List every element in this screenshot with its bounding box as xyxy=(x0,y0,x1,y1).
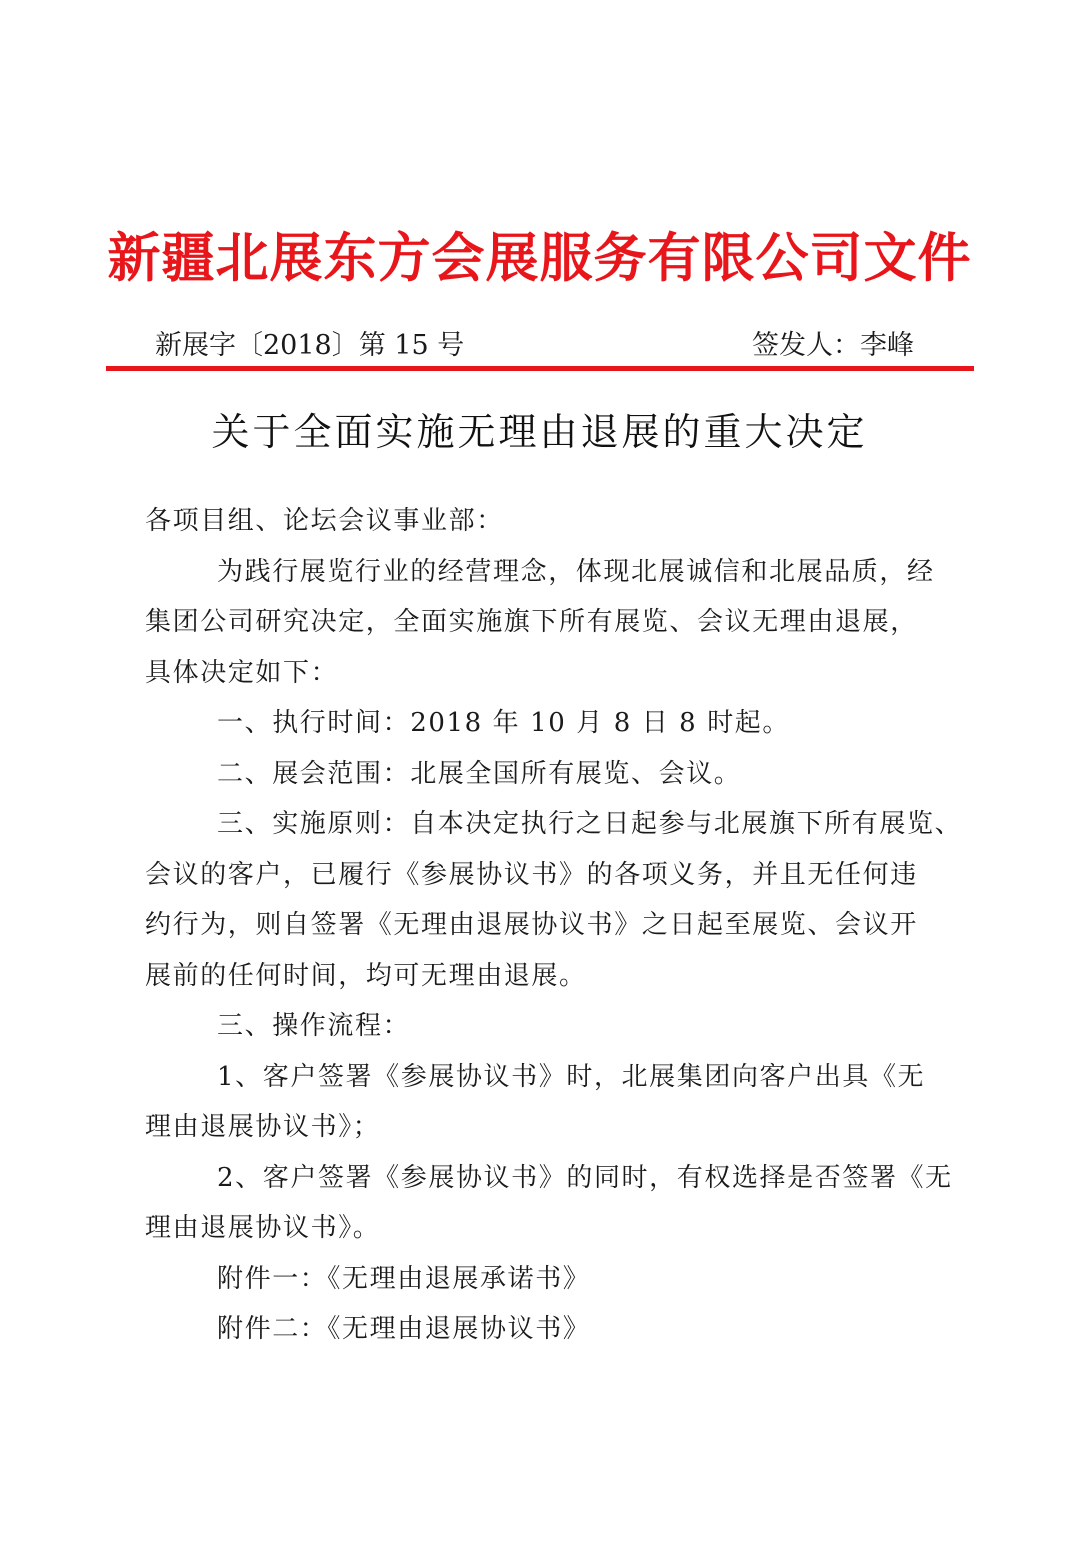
paragraph-line: 具体决定如下： xyxy=(145,648,945,699)
item-execution-time: 一、执行时间：2018 年 10 月 8 日 8 时起。 xyxy=(145,698,945,749)
paragraph-line: 为践行展览行业的经营理念，体现北展诚信和北展品质，经 xyxy=(145,547,945,598)
paragraph-line: 集团公司研究决定，全面实施旗下所有展览、会议无理由退展， xyxy=(145,597,945,648)
procedure-step-2: 2、客户签署《参展协议书》的同时，有权选择是否签署《无 xyxy=(145,1153,945,1204)
paragraph-line: 约行为，则自签署《无理由退展协议书》之日起至展览、会议开 xyxy=(145,900,945,951)
salutation-line: 各项目组、论坛会议事业部： xyxy=(145,496,945,547)
attachment-1: 附件一：《无理由退展承诺书》 xyxy=(145,1254,945,1305)
procedure-step-1: 1、客户签署《参展协议书》时，北展集团向客户出具《无 xyxy=(145,1052,945,1103)
document-body: 各项目组、论坛会议事业部： 为践行展览行业的经营理念，体现北展诚信和北展品质，经… xyxy=(145,496,945,1355)
attachment-2: 附件二：《无理由退展协议书》 xyxy=(145,1304,945,1355)
document-number: 新展字〔2018〕第 15 号 xyxy=(155,326,464,366)
paragraph-line: 理由退展协议书》； xyxy=(145,1102,945,1153)
document-title: 关于全面实施无理由退展的重大决定 xyxy=(0,404,1079,460)
signer: 签发人：李峰 xyxy=(752,326,914,366)
item-procedure-heading: 三、操作流程： xyxy=(145,1001,945,1052)
item-scope: 二、展会范围：北展全国所有展览、会议。 xyxy=(145,749,945,800)
paragraph-line: 会议的客户，已履行《参展协议书》的各项义务，并且无任何违 xyxy=(145,850,945,901)
document-meta-row: 新展字〔2018〕第 15 号 签发人：李峰 xyxy=(0,326,1079,366)
masthead-title: 新疆北展东方会展服务有限公司文件 xyxy=(0,222,1079,294)
item-principle: 三、实施原则：自本决定执行之日起参与北展旗下所有展览、 xyxy=(145,799,945,850)
paragraph-line: 展前的任何时间，均可无理由退展。 xyxy=(145,951,945,1002)
paragraph-line: 理由退展协议书》。 xyxy=(145,1203,945,1254)
red-divider-rule xyxy=(106,366,974,371)
